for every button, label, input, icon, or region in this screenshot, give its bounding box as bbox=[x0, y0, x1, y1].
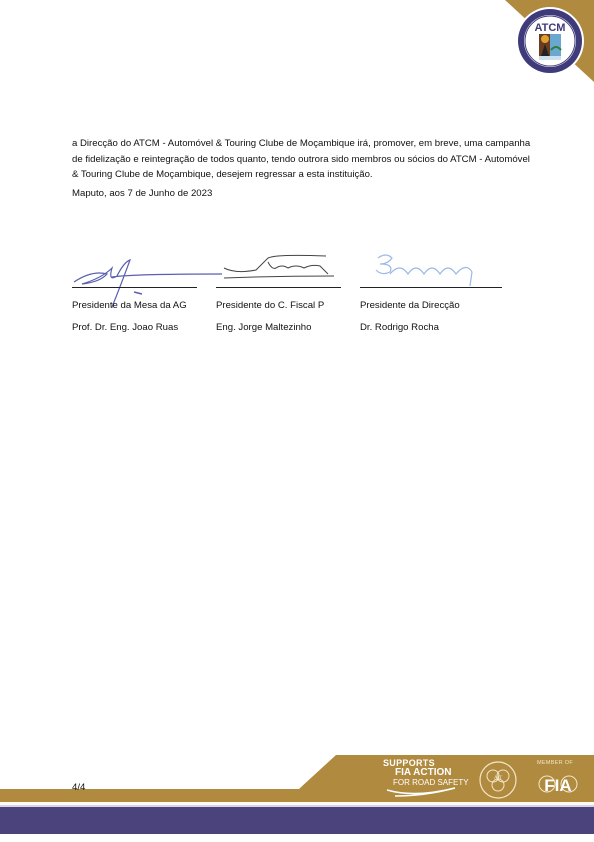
signature-line bbox=[360, 287, 502, 288]
svg-text:FIA: FIA bbox=[544, 776, 571, 795]
svg-text:ATCM: ATCM bbox=[535, 22, 566, 34]
signature-name: Eng. Jorge Maltezinho bbox=[216, 322, 311, 333]
place-date: Maputo, aos 7 de Junho de 2023 bbox=[72, 188, 212, 199]
signature-name: Dr. Rodrigo Rocha bbox=[360, 322, 439, 333]
member-of-label: MEMBER OF bbox=[537, 760, 573, 766]
signature-name: Prof. Dr. Eng. Joao Ruas bbox=[72, 322, 178, 333]
swoosh-icon bbox=[385, 786, 470, 798]
signature-role: Presidente do C. Fiscal P bbox=[216, 300, 324, 311]
svg-text:AIT: AIT bbox=[494, 776, 502, 781]
ait-badge-icon: AIT bbox=[478, 760, 518, 800]
header-corner-decoration bbox=[0, 0, 594, 100]
body-paragraph: a Direcção do ATCM - Automóvel & Touring… bbox=[72, 136, 532, 183]
signature-role: Presidente da Direcção bbox=[360, 300, 460, 311]
fia-badge-icon: FIA bbox=[538, 770, 578, 798]
fia-action-logo: SUPPORTS FIA ACTION FOR ROAD SAFETY bbox=[383, 758, 469, 788]
page-number: 4/4 bbox=[72, 782, 85, 793]
signature-line bbox=[216, 287, 341, 288]
atcm-logo-icon: ATCM bbox=[515, 6, 585, 76]
signature-role: Presidente da Mesa da AG bbox=[72, 300, 187, 311]
signature-line bbox=[72, 287, 197, 288]
